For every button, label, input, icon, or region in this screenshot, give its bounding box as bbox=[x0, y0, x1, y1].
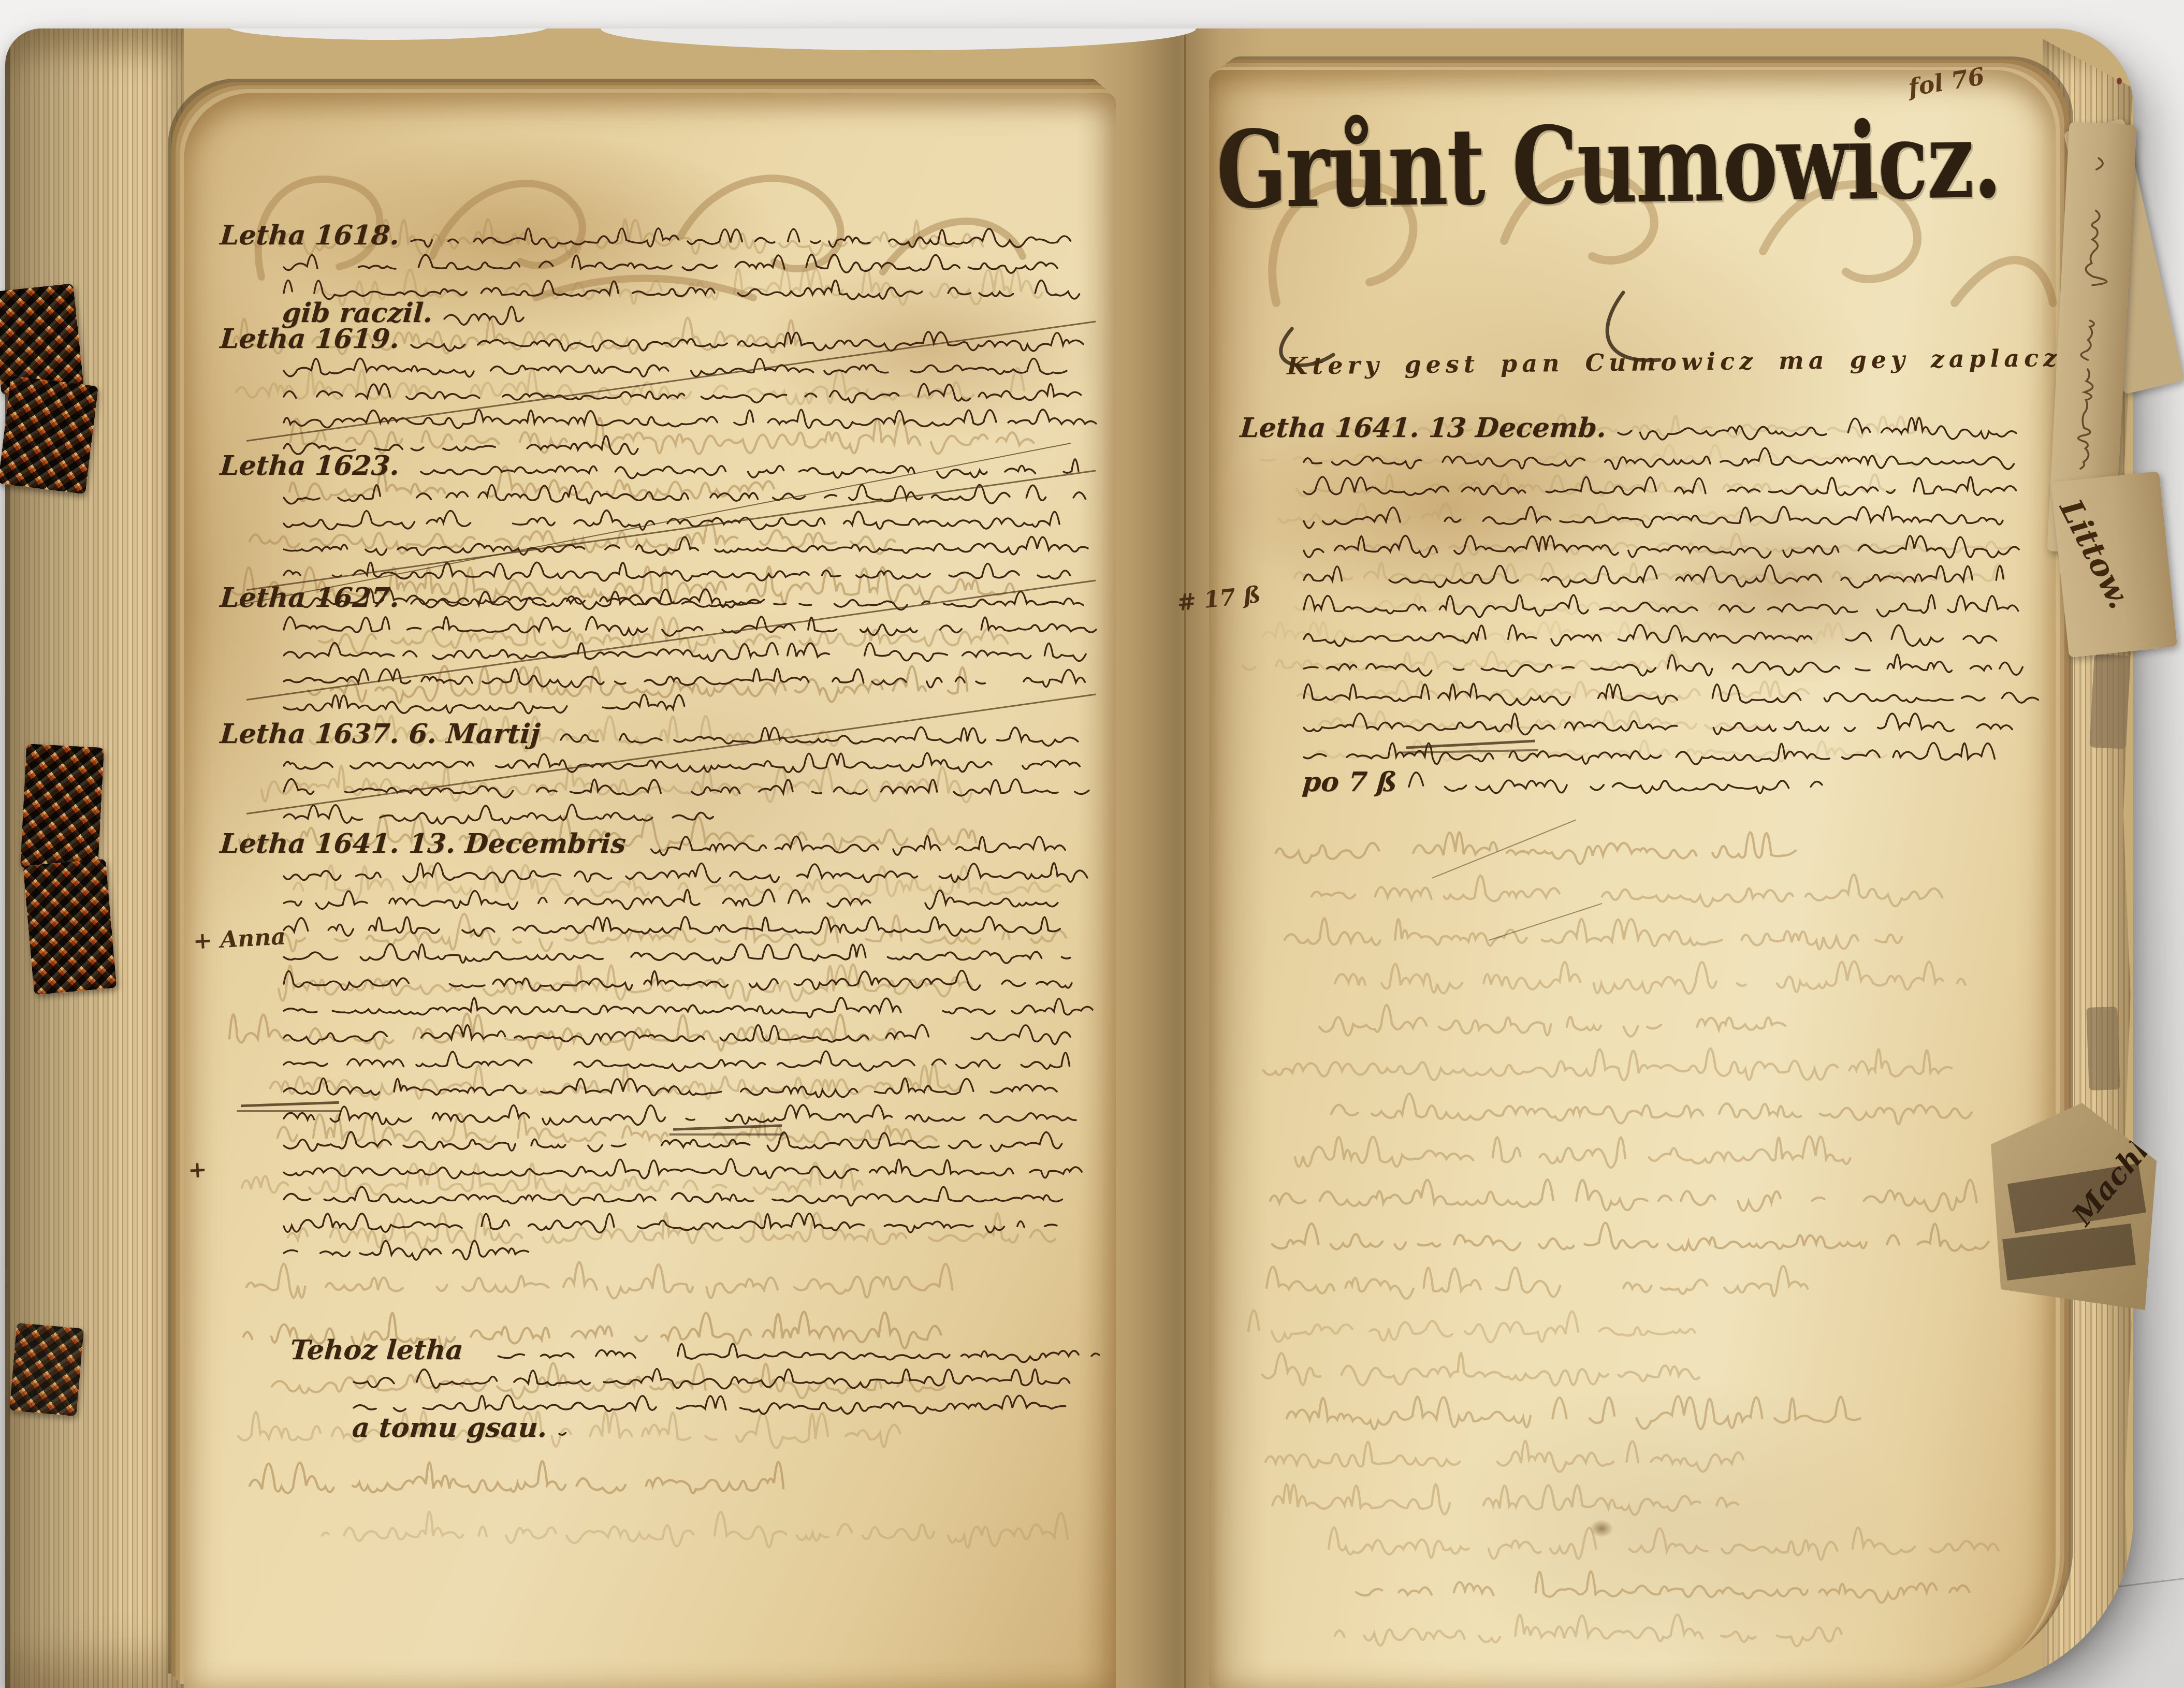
ribbon-bookmark bbox=[20, 744, 104, 872]
bleedthrough-scribble bbox=[1253, 1478, 1760, 1522]
manuscript-line bbox=[282, 1129, 1095, 1156]
manuscript-line bbox=[1302, 532, 2032, 562]
manuscript-line bbox=[282, 886, 1095, 913]
handwriting-scribble bbox=[558, 1418, 588, 1444]
handwriting-scribble bbox=[282, 251, 1066, 277]
bleedthrough-scribble bbox=[1310, 869, 1950, 913]
handwriting-scribble bbox=[282, 1075, 1056, 1102]
manuscript-line bbox=[282, 967, 1095, 994]
handwriting-scribble bbox=[1302, 591, 2019, 621]
manuscript-line: Letha 1619. bbox=[220, 329, 1095, 355]
manuscript-line: Letha 1618. bbox=[220, 225, 1095, 251]
bleedthrough-line bbox=[1245, 1609, 2022, 1652]
manuscript-line: Letha 1641. 13 Decemb. bbox=[1240, 414, 2032, 444]
entry-opening: Letha 1627. bbox=[219, 585, 411, 614]
handwriting-scribble bbox=[410, 225, 1070, 251]
book: Letha 1618.gib raczil. Letha 1619. Letha… bbox=[5, 28, 2133, 1688]
bleedthrough-line bbox=[1245, 956, 2022, 1000]
bleedthrough-line bbox=[225, 1256, 1085, 1306]
manuscript-line: Letha 1641. 13. Decembris bbox=[220, 833, 1095, 860]
bleedthrough-scribble bbox=[321, 1505, 1059, 1554]
manuscript-line: a tomu gsau. bbox=[352, 1418, 1098, 1444]
margin-note-plus: + bbox=[187, 1158, 208, 1182]
handwriting-scribble bbox=[282, 1129, 1070, 1156]
handwriting-scribble bbox=[1302, 473, 2021, 503]
bleedthrough-scribble bbox=[1333, 956, 1962, 1000]
entry-opening: Letha 1641. 13. Decembris bbox=[219, 831, 637, 860]
bleedthrough-scribble bbox=[1293, 1130, 1849, 1174]
manuscript-line bbox=[1302, 709, 2032, 739]
handwriting-scribble bbox=[282, 1210, 1056, 1236]
register-entry-1627: Letha 1627. bbox=[220, 588, 1095, 717]
manuscript-line bbox=[282, 913, 1095, 940]
bleedthrough-line bbox=[1245, 1522, 2022, 1565]
bleedthrough-scribble bbox=[1271, 1217, 1990, 1261]
red-speck bbox=[2117, 78, 2122, 84]
entry-opening: Tehoz letha bbox=[289, 1337, 474, 1366]
manuscript-line bbox=[1302, 621, 2032, 650]
manuscript-line bbox=[282, 802, 1095, 827]
entry-opening: Letha 1641. 13 Decemb. bbox=[1239, 415, 1618, 444]
bleedthrough-line bbox=[1245, 913, 2022, 956]
bleedthrough-line bbox=[1245, 1130, 2022, 1174]
bleedthrough-scribble bbox=[1264, 1435, 1741, 1478]
handwriting-scribble bbox=[282, 994, 1090, 1021]
bleedthrough-line bbox=[1245, 1043, 2022, 1087]
ribbon-bookmark bbox=[0, 375, 98, 494]
register-entry-right-1641: Letha 1641. 13 Decemb.po 7 ß bbox=[1240, 414, 2032, 798]
bleedthrough-line bbox=[1245, 1217, 2022, 1261]
bleedthrough-scribble bbox=[1331, 1565, 1971, 1609]
bleedthrough-line bbox=[1245, 1174, 2022, 1217]
manuscript-line bbox=[282, 251, 1095, 277]
manuscript-line bbox=[282, 482, 1095, 507]
handwriting-scribble bbox=[1302, 503, 2023, 532]
handwriting-scribble bbox=[282, 1021, 1079, 1048]
bleedthrough-line bbox=[1245, 1000, 2022, 1043]
bleedthrough-scribble bbox=[1330, 1087, 1964, 1130]
manuscript-line bbox=[282, 1102, 1095, 1129]
bleedthrough-line bbox=[225, 1455, 1085, 1505]
handwriting-scribble bbox=[282, 639, 1078, 665]
register-entry-1637: Letha 1637. 6. Martij bbox=[220, 724, 1095, 827]
register-entry-1619: Letha 1619. bbox=[220, 329, 1095, 458]
handwriting-scribble bbox=[282, 1156, 1093, 1183]
bleedthrough-scribble bbox=[1265, 1261, 1828, 1304]
small-tab bbox=[2089, 654, 2130, 749]
manuscript-line bbox=[282, 1021, 1095, 1048]
handwriting-scribble bbox=[282, 940, 1073, 967]
entry-opening: Letha 1623. bbox=[219, 453, 411, 482]
index-tab-littow: Littow. bbox=[2051, 471, 2177, 658]
handwriting-scribble bbox=[1302, 739, 2011, 768]
bleedthrough-text-lower bbox=[1245, 826, 2022, 1652]
handwriting-scribble bbox=[282, 776, 1089, 802]
manuscript-line bbox=[1302, 473, 2032, 503]
bleedthrough-scribble bbox=[1247, 1304, 1703, 1348]
handwriting-scribble bbox=[282, 482, 1084, 507]
bleedthrough-scribble bbox=[1283, 913, 1899, 956]
manuscript-line bbox=[282, 381, 1095, 406]
manuscript-line bbox=[282, 750, 1095, 776]
handwriting-scribble bbox=[1302, 680, 2032, 709]
entry-opening: Letha 1637. 6. Martij bbox=[219, 721, 551, 750]
bleedthrough-line bbox=[1245, 826, 2022, 869]
entry-closing: po 7 ß bbox=[1301, 769, 1408, 798]
bleedthrough-line bbox=[1245, 1435, 2022, 1478]
handwriting-scribble bbox=[1302, 562, 2004, 591]
handwriting-scribble bbox=[282, 802, 714, 827]
manuscript-line: po 7 ß bbox=[1302, 768, 2032, 798]
manuscript-line bbox=[282, 940, 1095, 967]
manuscript-line: Tehoz letha bbox=[290, 1340, 1098, 1366]
handwriting-scribble bbox=[1302, 444, 2016, 473]
manuscript-line bbox=[282, 533, 1095, 559]
bleedthrough-scribble bbox=[1262, 1043, 1948, 1087]
bleedthrough-line bbox=[225, 1505, 1085, 1554]
manuscript-line bbox=[282, 355, 1095, 381]
manuscript-line bbox=[1302, 444, 2032, 473]
manuscript-line bbox=[282, 1183, 1095, 1210]
small-tab bbox=[2086, 1007, 2120, 1090]
manuscript-line bbox=[282, 639, 1095, 665]
manuscript-line bbox=[282, 994, 1095, 1021]
bleedthrough-scribble bbox=[1333, 1609, 1838, 1652]
handwriting-scribble bbox=[410, 329, 1078, 355]
handwriting-scribble bbox=[1617, 414, 2014, 444]
bleedthrough-line bbox=[1245, 1565, 2022, 1609]
tab-label: Littow. bbox=[2055, 495, 2135, 614]
manuscript-line bbox=[1302, 503, 2032, 532]
handwriting-scribble bbox=[282, 1183, 1055, 1210]
handwriting-scribble bbox=[550, 724, 1075, 750]
bleedthrough-scribble bbox=[1274, 826, 1788, 869]
handwriting-scribble bbox=[282, 967, 1087, 994]
manuscript-line: gib raczil. bbox=[282, 303, 1095, 329]
page-top-edge-wave bbox=[601, 28, 1196, 50]
manuscript-line bbox=[282, 860, 1095, 886]
handwriting-scribble bbox=[282, 533, 1086, 559]
manuscript-line: Letha 1637. 6. Martij bbox=[220, 724, 1095, 750]
handwriting-scribble bbox=[410, 588, 1078, 614]
manuscript-line bbox=[1302, 650, 2032, 680]
manuscript-line bbox=[1302, 680, 2032, 709]
handwriting-scribble bbox=[282, 750, 1079, 776]
manuscript-line bbox=[1302, 739, 2032, 768]
bleedthrough-line bbox=[1245, 1391, 2022, 1435]
left-page: Letha 1618.gib raczil. Letha 1619. Letha… bbox=[184, 93, 1116, 1688]
margin-note-anna: + Anna bbox=[193, 925, 286, 953]
handwriting-scribble bbox=[282, 381, 1082, 406]
bleedthrough-scribble bbox=[1269, 1174, 1978, 1217]
register-entry-postscript: Tehoz lethaa tomu gsau. bbox=[290, 1340, 1098, 1444]
ink-stain-spot bbox=[1590, 1520, 1613, 1537]
bleedthrough-line bbox=[1245, 1261, 2022, 1304]
page-top-edge-wave bbox=[228, 28, 549, 40]
manuscript-line bbox=[282, 507, 1095, 533]
manuscript-line bbox=[282, 1236, 1095, 1263]
handwriting-scribble bbox=[636, 833, 1063, 860]
right-page: fol 76 Grůnt Cumowicz. Ktery gest pan Cu… bbox=[1209, 70, 2056, 1688]
manuscript-line bbox=[282, 691, 1095, 717]
entry-opening: Letha 1618. bbox=[219, 222, 411, 251]
page-heading: Grůnt Cumowicz. bbox=[1216, 101, 2001, 228]
handwriting-scribble bbox=[473, 1340, 1096, 1366]
ribbon-bookmark bbox=[23, 859, 117, 995]
handwriting-scribble bbox=[282, 1048, 1073, 1075]
bleedthrough-line bbox=[1245, 1304, 2022, 1348]
handwriting-scribble bbox=[1302, 621, 1999, 650]
bleedthrough-scribble bbox=[245, 1256, 950, 1306]
manuscript-line: Letha 1627. bbox=[220, 588, 1095, 614]
photograph-open-manuscript-book: Letha 1618.gib raczil. Letha 1619. Letha… bbox=[0, 0, 2184, 1688]
manuscript-line bbox=[282, 1048, 1095, 1075]
entry-opening: Letha 1619. bbox=[219, 326, 411, 355]
manuscript-line bbox=[282, 1075, 1095, 1102]
bleedthrough-scribble bbox=[1285, 1391, 1856, 1435]
bleedthrough-line bbox=[1245, 1087, 2022, 1130]
handwriting-scribble bbox=[282, 913, 1057, 940]
bleedthrough-scribble bbox=[1318, 1000, 1780, 1043]
handwriting-scribble bbox=[410, 456, 1079, 482]
manuscript-line bbox=[282, 614, 1095, 639]
bleedthrough-line bbox=[1245, 1348, 2022, 1391]
register-entry-1641: Letha 1641. 13. Decembris bbox=[220, 833, 1095, 1263]
register-entry-1618: Letha 1618.gib raczil. bbox=[220, 225, 1095, 329]
bleedthrough-scribble bbox=[1261, 1348, 1715, 1391]
handwriting-scribble bbox=[1302, 650, 2016, 680]
handwriting-scribble bbox=[282, 1236, 531, 1263]
manuscript-line bbox=[282, 776, 1095, 802]
handwriting-scribble bbox=[282, 1102, 1072, 1129]
handwriting-scribble bbox=[352, 1366, 1071, 1392]
handwriting-scribble bbox=[282, 614, 1089, 639]
tab-fold-shadow bbox=[2007, 1163, 2146, 1233]
manuscript-line bbox=[1302, 591, 2032, 621]
bleedthrough-line bbox=[1245, 1478, 2022, 1522]
manuscript-line bbox=[352, 1366, 1098, 1392]
bleedthrough-scribble bbox=[248, 1455, 785, 1505]
handwriting-scribble bbox=[282, 559, 1070, 585]
manuscript-line bbox=[1302, 562, 2032, 591]
entry-closing: a tomu gsau. bbox=[351, 1415, 559, 1444]
handwriting-scribble bbox=[443, 303, 524, 329]
manuscript-line: Letha 1623. bbox=[220, 456, 1095, 482]
manuscript-line bbox=[282, 1210, 1095, 1236]
handwriting-scribble bbox=[1302, 709, 2017, 739]
handwriting-scribble bbox=[1407, 768, 1816, 798]
handwriting-scribble bbox=[1302, 532, 2021, 562]
handwriting-scribble bbox=[282, 886, 1055, 913]
tab-fold-shadow bbox=[2002, 1224, 2135, 1280]
bleedthrough-scribble bbox=[1327, 1522, 1999, 1565]
ribbon-bookmark bbox=[9, 1323, 84, 1417]
handwriting-scribble bbox=[282, 355, 1062, 381]
handwriting-scribble bbox=[282, 691, 687, 717]
bleedthrough-line bbox=[1245, 869, 2022, 913]
handwriting-scribble bbox=[282, 860, 1081, 886]
manuscript-line bbox=[282, 1156, 1095, 1183]
